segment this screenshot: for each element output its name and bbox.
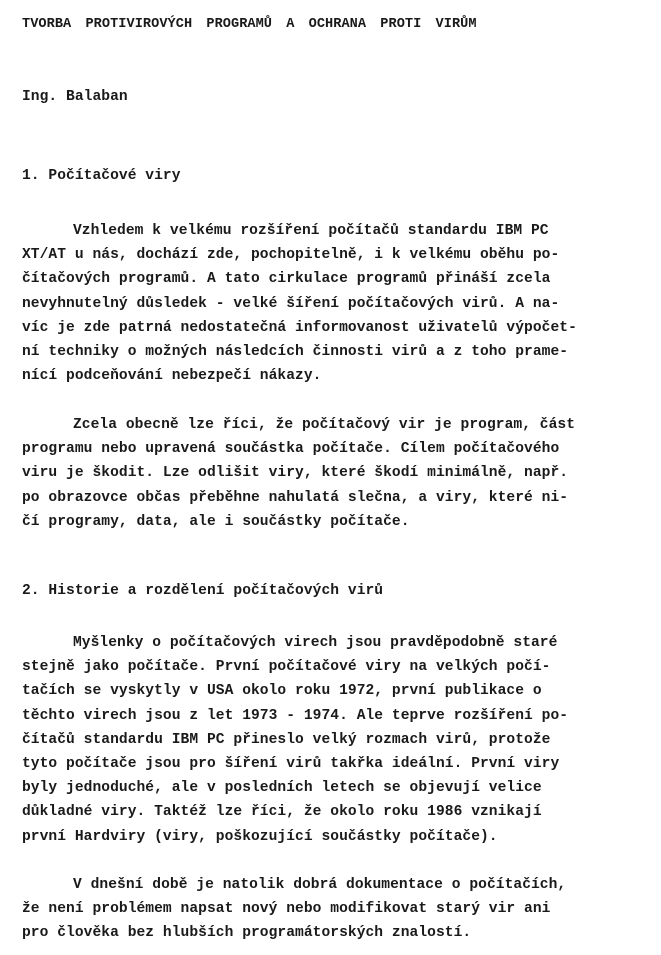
text-line: tyto počítače jsou pro šíření virů takřk…: [22, 755, 559, 773]
text-line: důkladné viry. Taktéž lze říci, že okolo…: [22, 803, 542, 821]
text-line: viru je škodit. Lze odlišit viry, které …: [22, 464, 568, 482]
document-title: TVORBA PROTIVIROVÝCH PROGRAMŮ A OCHRANA …: [22, 16, 477, 34]
text-line: nící podceňování nebezpečí nákazy.: [22, 367, 321, 385]
text-line: Myšlenky o počítačových virech jsou prav…: [73, 634, 557, 652]
text-line: čítačových programů. A tato cirkulace pr…: [22, 270, 550, 288]
text-line: těchto virech jsou z let 1973 - 1974. Al…: [22, 707, 568, 725]
section-heading-2: 2. Historie a rozdělení počítačových vir…: [22, 582, 383, 600]
text-line: byly jednoduché, ale v posledních letech…: [22, 779, 542, 797]
text-line: pro člověka bez hlubších programátorskýc…: [22, 924, 471, 942]
text-line: čítačů standardu IBM PC přineslo velký r…: [22, 731, 550, 749]
text-line: stejně jako počítače. První počítačové v…: [22, 658, 550, 676]
text-line: XT/AT u nás, dochází zde, pochopitelně, …: [22, 246, 559, 264]
text-line: V dnešní době je natolik dobrá dokumenta…: [73, 876, 566, 894]
text-line: víc je zde patrná nedostatečná informova…: [22, 319, 577, 337]
document-page: TVORBA PROTIVIROVÝCH PROGRAMŮ A OCHRANA …: [0, 0, 661, 955]
text-line: že není problémem napsat nový nebo modif…: [22, 900, 550, 918]
text-line: tačích se vyskytly v USA okolo roku 1972…: [22, 682, 542, 700]
text-line: ní techniky o možných následcích činnost…: [22, 343, 568, 361]
text-line: čí programy, data, ale i součástky počít…: [22, 513, 410, 531]
document-author: Ing. Balaban: [22, 88, 128, 106]
section-heading-1: 1. Počítačové viry: [22, 167, 181, 185]
text-line: Zcela obecně lze říci, že počítačový vir…: [73, 416, 575, 434]
text-line: první Hardviry (viry, poškozující součás…: [22, 828, 498, 846]
text-line: Vzhledem k velkému rozšíření počítačů st…: [73, 222, 549, 240]
text-line: po obrazovce občas přeběhne nahulatá sle…: [22, 489, 568, 507]
text-line: programu nebo upravená součástka počítač…: [22, 440, 559, 458]
text-line: nevyhnutelný důsledek - velké šíření poč…: [22, 295, 559, 313]
